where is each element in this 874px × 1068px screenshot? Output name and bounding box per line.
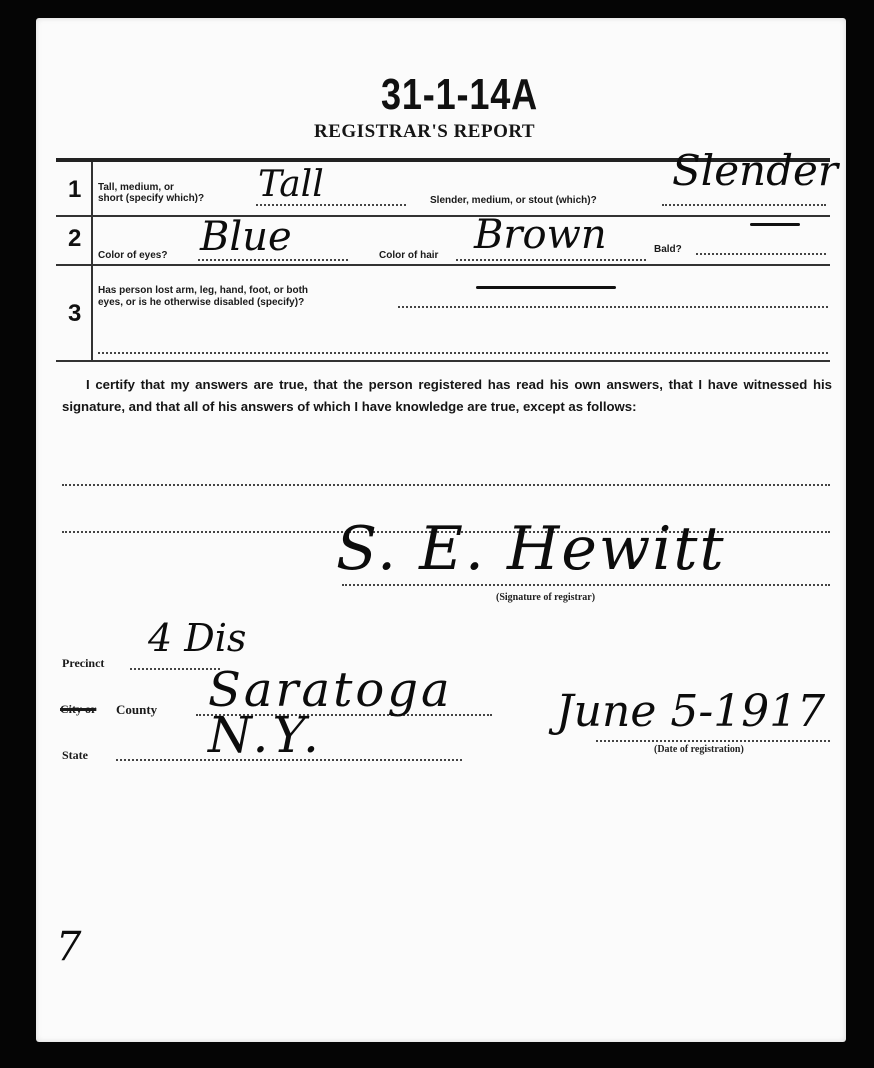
- county-label: County: [116, 704, 157, 715]
- precinct-field-line: [130, 668, 220, 670]
- disability-label-line2: eyes, or is he otherwise disabled (speci…: [98, 297, 304, 308]
- table-bottom-rule: [56, 360, 830, 362]
- serial-number: 31-1-14A: [381, 70, 538, 120]
- signature-line: [342, 584, 830, 586]
- date-caption: (Date of registration): [654, 744, 744, 755]
- state-value: N.Y.: [208, 706, 323, 764]
- precinct-value: 4 Dis: [148, 616, 246, 660]
- row-number-1: 1: [68, 176, 81, 204]
- build-field-line: [662, 204, 826, 206]
- registration-date: June 5-1917: [556, 686, 825, 737]
- bald-value-dash: [750, 223, 800, 226]
- precinct-label: Precinct: [62, 658, 104, 669]
- bald-label: Bald?: [654, 244, 682, 255]
- city-struck-label: City or: [60, 704, 96, 715]
- height-label-line1: Tall, medium, or: [98, 182, 174, 193]
- build-label: Slender, medium, or stout (which)?: [430, 195, 597, 206]
- hair-color-value: Brown: [474, 212, 607, 258]
- row-number-2: 2: [68, 225, 81, 253]
- corner-pencil-mark: 7: [56, 924, 81, 970]
- row-number-3: 3: [68, 300, 81, 328]
- build-value: Slender: [672, 146, 838, 195]
- registrar-signature: S. E. Hewitt: [336, 514, 726, 584]
- hair-color-field-line: [456, 259, 646, 261]
- state-label: State: [62, 750, 88, 761]
- height-label-line2: short (specify which)?: [98, 193, 204, 204]
- eye-color-value: Blue: [200, 214, 292, 260]
- document-title: REGISTRAR'S REPORT: [314, 121, 535, 143]
- disability-field-line-2: [98, 352, 828, 354]
- row-divider-2: [56, 264, 830, 266]
- certification-body: I certify that my answers are true, that…: [62, 377, 832, 414]
- certification-text: I certify that my answers are true, that…: [62, 374, 832, 418]
- disability-label-line1: Has person lost arm, leg, hand, foot, or…: [98, 285, 308, 296]
- eye-color-label: Color of eyes?: [98, 250, 167, 261]
- registration-card: 31-1-14A REGISTRAR'S REPORT 1 Tall, medi…: [36, 18, 846, 1042]
- row-divider-1: [56, 215, 830, 217]
- disability-field-line: [398, 306, 828, 308]
- exceptions-line-1: [62, 484, 830, 486]
- hair-color-label: Color of hair: [379, 250, 438, 261]
- disability-value-dash: [476, 286, 616, 289]
- date-field-line: [596, 740, 830, 742]
- number-column-divider: [91, 162, 93, 360]
- height-value: Tall: [258, 164, 324, 205]
- bald-field-line: [696, 253, 826, 255]
- signature-caption: (Signature of registrar): [496, 592, 595, 603]
